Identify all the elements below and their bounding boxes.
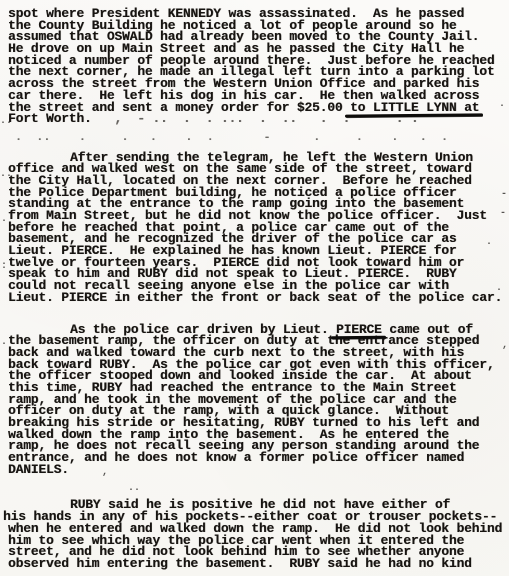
paragraph: spot where President KENNEDY was assassi…	[8, 8, 509, 125]
paragraph: RUBY said he is positive he did not have…	[8, 499, 509, 569]
paragraph: After sending the telegram, he left the …	[8, 152, 509, 304]
scan-speck: -	[501, 190, 507, 200]
scan-speck: ··	[128, 486, 140, 496]
scan-speck: .	[455, 177, 461, 187]
underlined-text: PIERCE	[336, 322, 382, 337]
scan-speck: .	[496, 284, 502, 294]
scan-speck: ·	[470, 57, 476, 67]
scan-speck: :	[1, 262, 7, 272]
document-page: spot where President KENNEDY was assassi…	[0, 0, 509, 576]
scan-speck: .	[1, 338, 7, 348]
text-line: observed him entering the basement. RUBY…	[8, 558, 509, 570]
scan-speck: -	[500, 209, 506, 219]
scan-speck: ··	[0, 119, 12, 129]
scan-speck: ,	[102, 468, 108, 478]
scan-speck: .	[499, 100, 505, 110]
scan-speck: ··	[0, 172, 12, 182]
text-line: Lieut. PIERCE in either the front or bac…	[8, 292, 509, 304]
scan-speck: .	[316, 6, 322, 16]
scan-speck: .	[486, 238, 492, 248]
scan-artifact-dots: , - .. . . ... . .. . . . .	[92, 111, 419, 126]
text-line: . .. . . . . . - . . . . . . . .	[8, 133, 509, 145]
scan-speck: ·	[1, 217, 7, 227]
text-line: entrance, and he does not know a former …	[8, 452, 509, 464]
scan-artifact-row: . .. . . . . . - . . . . . . . .	[8, 133, 509, 145]
text-line: DANIELS.	[8, 464, 509, 476]
paragraph: As the police car driven by Lieut. PIERC…	[8, 324, 509, 476]
scan-speck: ,	[502, 341, 508, 351]
